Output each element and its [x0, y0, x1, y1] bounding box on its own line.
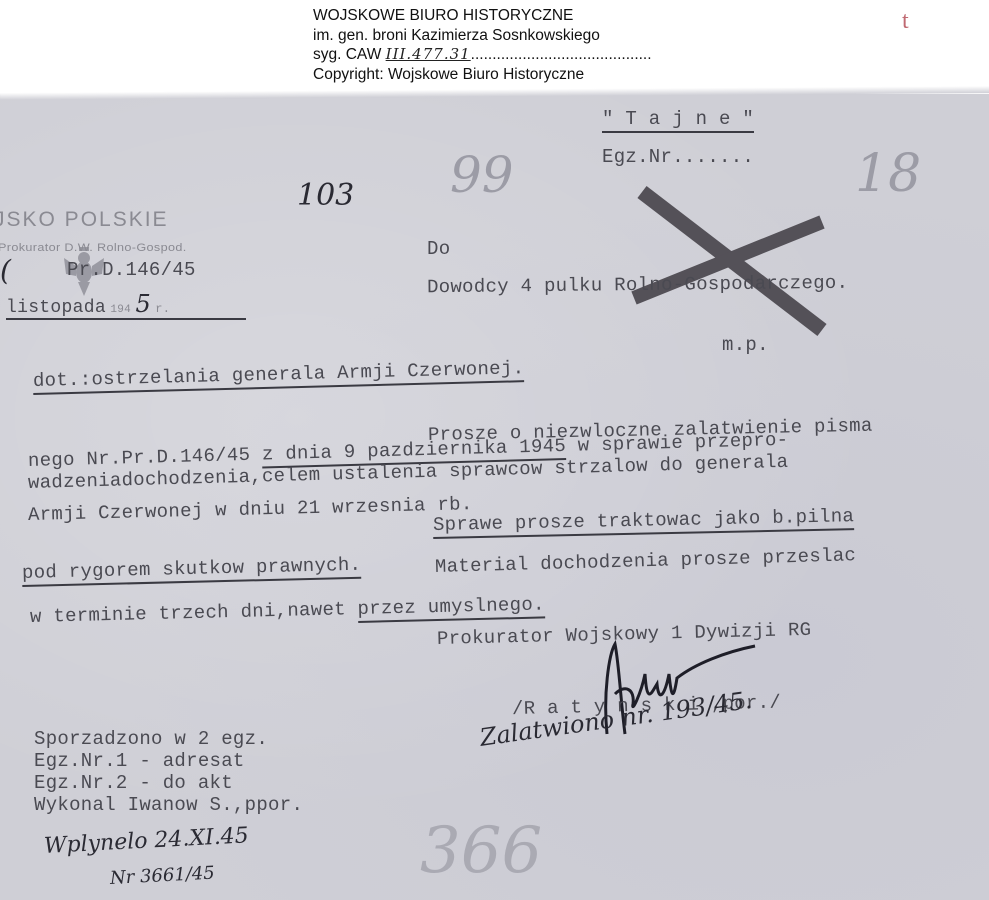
body-line-6: pod rygorem skutkow prawnych. — [22, 554, 362, 584]
folio-number-pencil-bottom: 366 — [420, 814, 542, 888]
received-number: Nr 3661/45 — [109, 863, 215, 889]
archive-name: WOJSKOWE BIURO HISTORYCZNE — [313, 6, 652, 26]
recipient-name: Dowodcy 4 pulku Rolno-Gospodarczego. — [427, 272, 848, 298]
date-month: listopada — [6, 298, 106, 318]
classification-label: " T a j n e " — [602, 108, 754, 133]
reference-number: Pr.D.146/45 — [67, 259, 196, 281]
body-line-5: Sprawe prosze traktowac jako b.pilna — [433, 505, 855, 539]
date-year: 194 — [110, 304, 131, 316]
subject-line: dot.:ostrzelania generala Armji Czerwone… — [33, 357, 525, 395]
crossed-out-mark-icon — [622, 186, 842, 336]
folio-number-pencil: 99 — [450, 146, 514, 204]
folio-number-pencil-right: 18 — [855, 144, 921, 204]
folio-number-ink: 103 — [297, 178, 354, 213]
archive-signature: syg. CAW III.477.31.....................… — [313, 45, 652, 65]
received-note: Wplynelo 24.XI.45 — [43, 823, 249, 859]
body-line-6b: Material dochodzenia prosze przeslac — [435, 544, 857, 578]
archive-copyright: Copyright: Wojskowe Biuro Historyczne — [313, 65, 652, 85]
paper-edge — [0, 81, 989, 100]
body-line-7: w terminie trzech dni,nawet przez umysln… — [30, 593, 545, 628]
copy-number-label: Egz.Nr....... — [602, 146, 754, 168]
copy-1: Egz.Nr.1 - adresat — [34, 750, 245, 772]
body-line-4: Armji Czerwonej w dniu 21 wrzesnia rb. — [28, 493, 473, 526]
document-page: JSKO POLSKIE Prokurator D.W. Rolno-Gospo… — [0, 94, 989, 900]
archive-patron: im. gen. broni Kazimierza Sosnkowskiego — [313, 26, 652, 46]
margin-bracket-mark: ( — [0, 254, 11, 287]
letter-date: listopada 194 5 r. — [6, 290, 246, 320]
copies-made: Sporzadzono w 2 egz. — [34, 728, 268, 750]
copy-2: Egz.Nr.2 - do akt — [34, 772, 233, 794]
date-suffix: r. — [155, 302, 170, 316]
date-day: 5 — [136, 290, 151, 318]
archive-header: WOJSKOWE BIURO HISTORYCZNE im. gen. bron… — [313, 6, 652, 84]
stamp-unit-name: JSKO POLSKIE — [0, 208, 169, 232]
signature-number: III.477.31 — [386, 45, 471, 63]
corner-mark: t — [902, 8, 909, 35]
executed-by: Wykonal Iwanow S.,ppor. — [34, 794, 303, 816]
recipient-prefix: Do — [427, 238, 450, 260]
stamp-office-name: Prokurator D.W. Rolno-Gospod. — [0, 242, 187, 254]
delivery-method: m.p. — [722, 334, 769, 356]
